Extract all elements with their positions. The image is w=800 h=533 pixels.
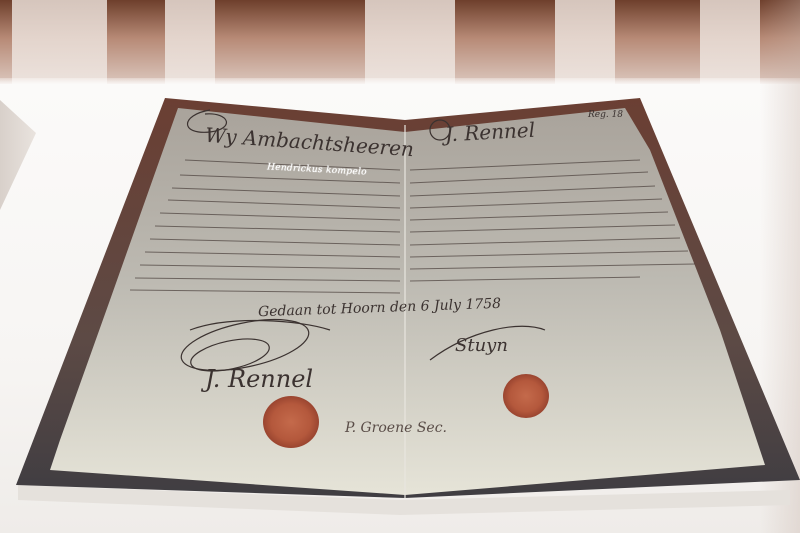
- page-note: Reg. 18: [588, 110, 623, 120]
- right-wax-seal: [503, 374, 549, 418]
- left-signature: J. Rennel: [205, 365, 313, 393]
- right-heading-script: J. Rennel: [444, 118, 535, 147]
- document-mount: [0, 0, 800, 533]
- witness-signature: P. Groene Sec.: [345, 420, 447, 436]
- museum-display-scene: Wy Ambachtsheeren J. Rennel Reg. 18 Hend…: [0, 0, 800, 533]
- left-wax-seal: [263, 396, 319, 448]
- right-signature: Stuyn: [455, 335, 508, 356]
